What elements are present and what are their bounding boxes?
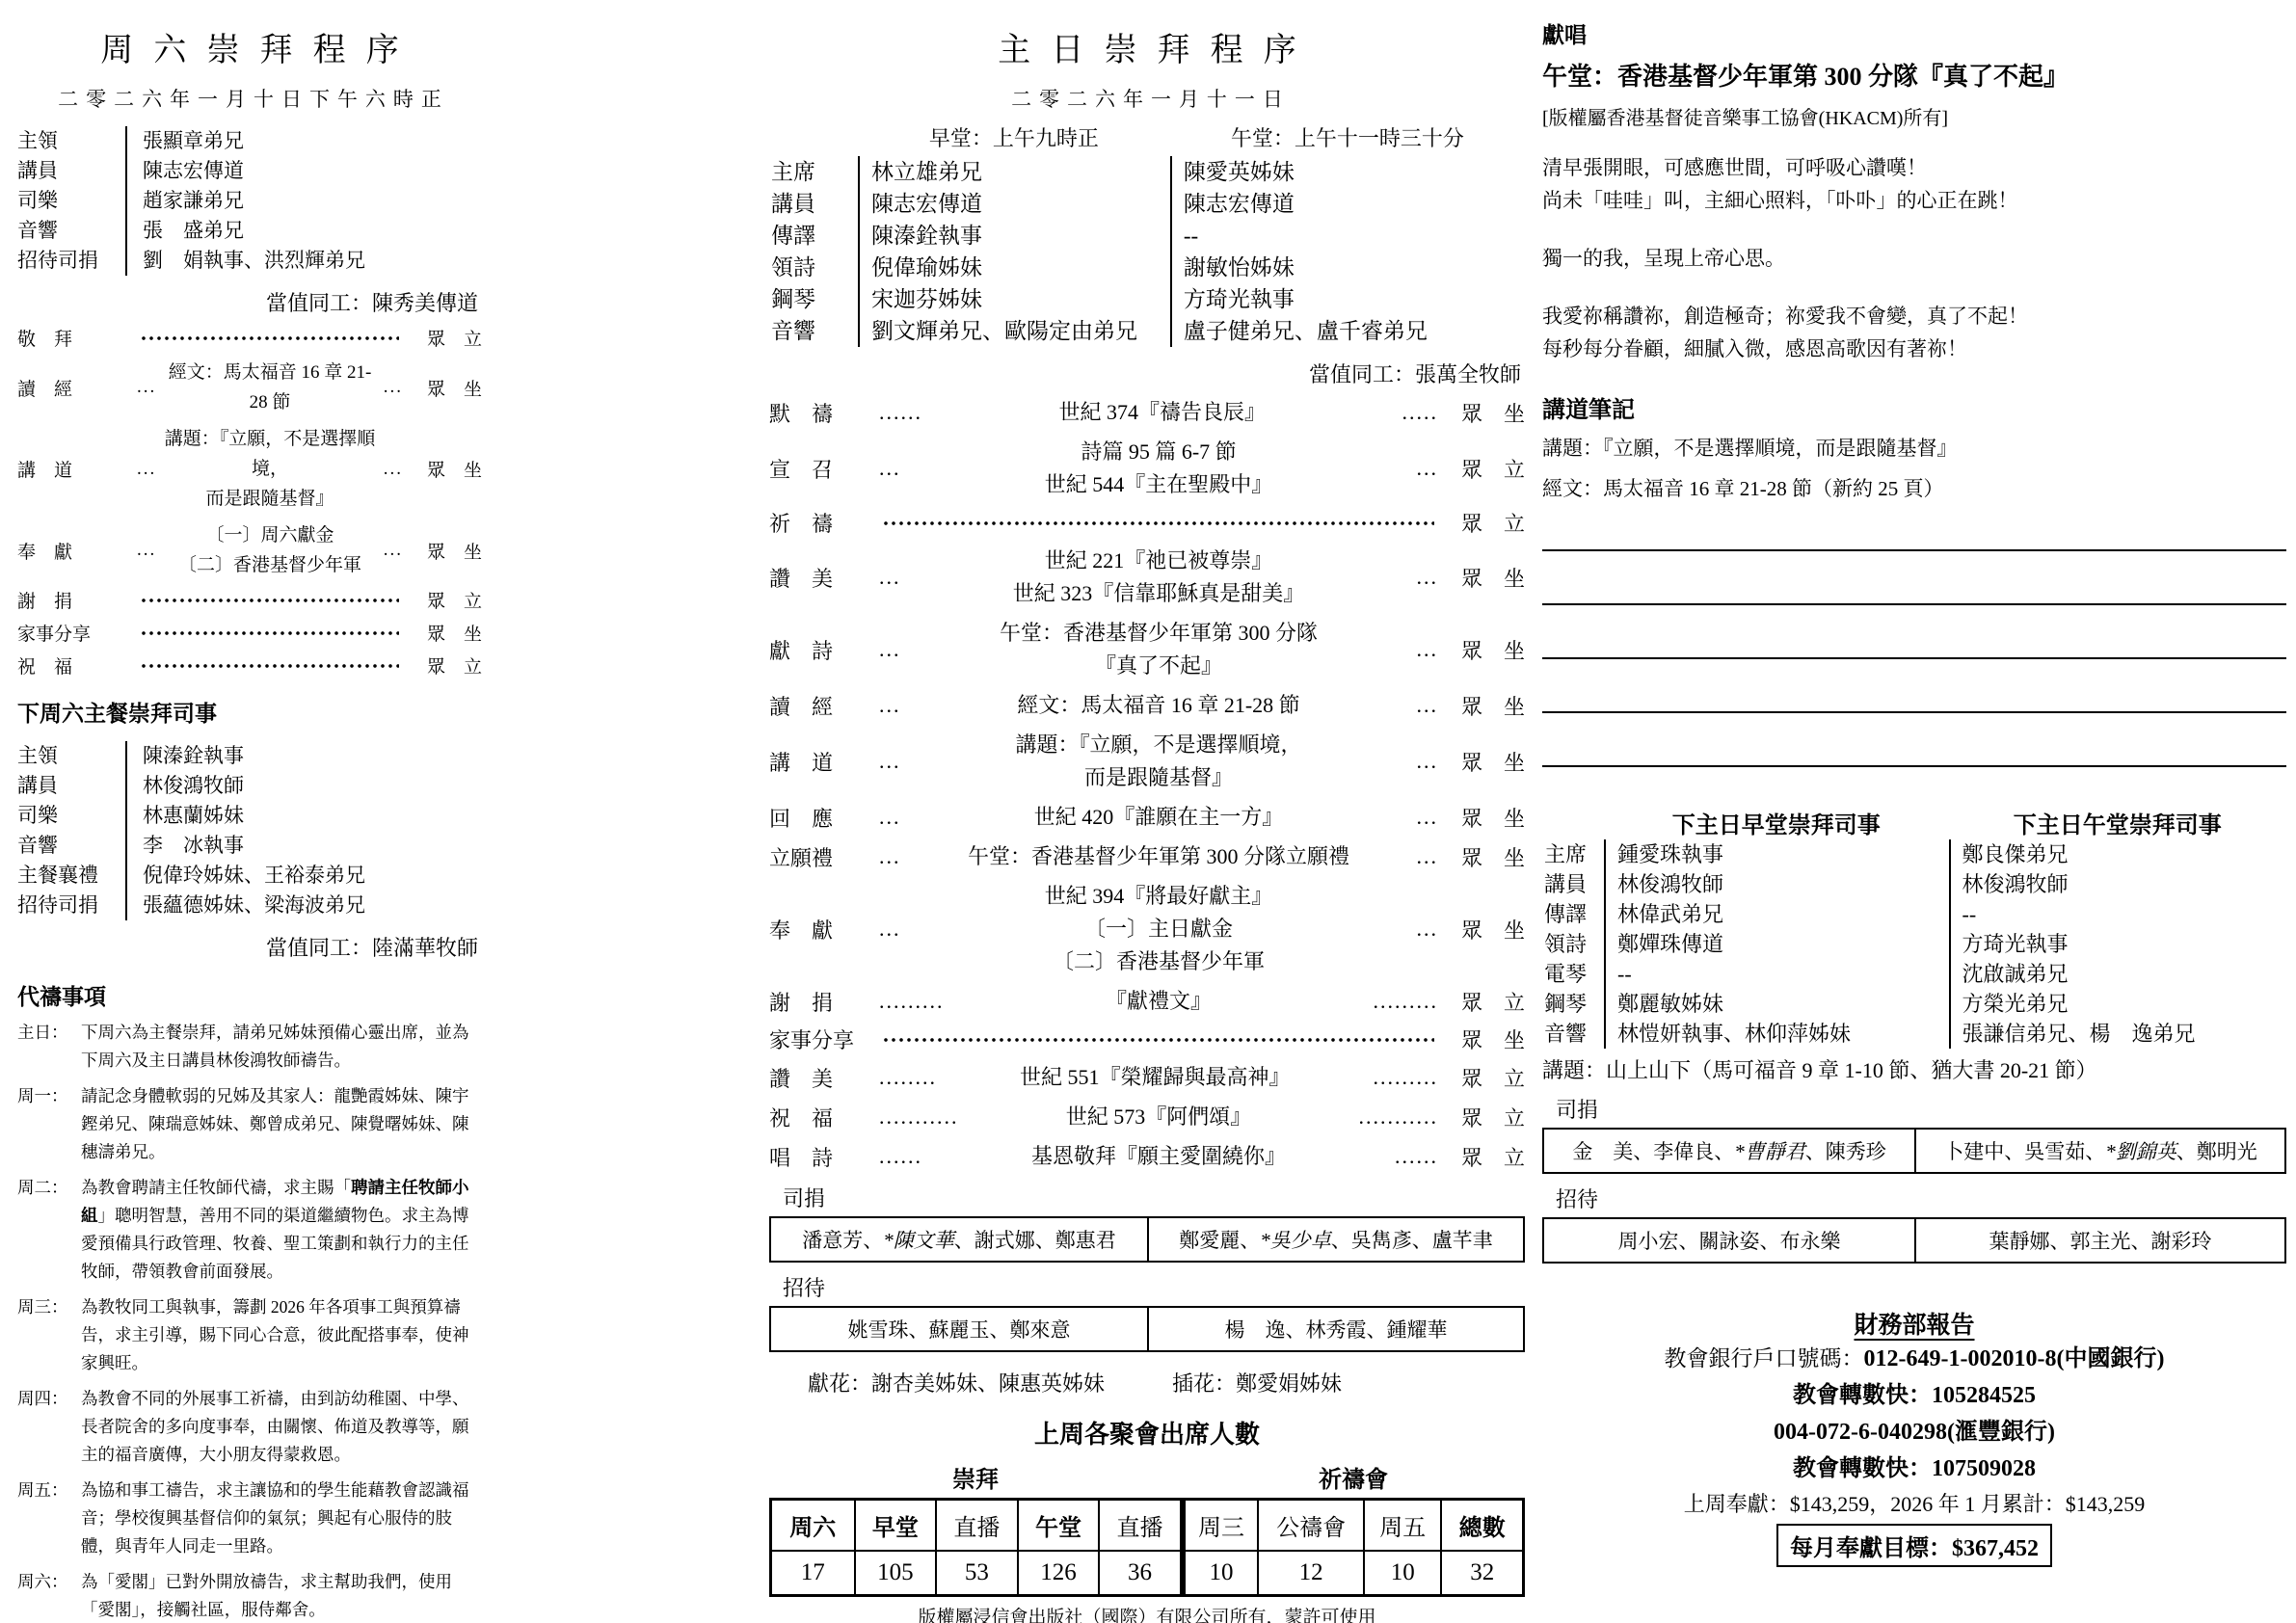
program-item-label: 宣 召 bbox=[769, 454, 873, 484]
program-item-label: 祝 福 bbox=[769, 1103, 873, 1132]
leader-dots: ...... bbox=[879, 1144, 922, 1169]
congregation-posture: 眾 坐 bbox=[1444, 691, 1525, 721]
attendance-value-cell: 12 bbox=[1257, 1550, 1363, 1594]
program-content-line: 世紀 394『將最好獻主』 bbox=[907, 880, 1411, 913]
usher-names-cell: 姚雪珠、蘇麗玉、鄭來意 bbox=[771, 1308, 1147, 1350]
leader-dots: ... bbox=[384, 377, 403, 398]
leader-dots: ........... bbox=[879, 1104, 959, 1130]
attendance-header-cell: 周六 bbox=[772, 1501, 854, 1550]
program-row: 讚 美...世紀 221『祂已被尊崇』世紀 323『信靠耶穌真是甜美』...眾 … bbox=[769, 545, 1525, 610]
program-row: 家事分享眾 坐 bbox=[769, 1024, 1525, 1054]
roster-role-label: 主領 bbox=[17, 126, 125, 156]
saturday-date: 二零二六年一月十日下午六時正 bbox=[17, 84, 482, 113]
roster-person-morning: 林偉武弟兄 bbox=[1604, 899, 1949, 929]
roster-person-morning: -- bbox=[1604, 959, 1949, 989]
roster-person-noon: 張謙信弟兄、楊 逸弟兄 bbox=[1949, 1019, 2287, 1049]
congregation-posture: 眾 立 bbox=[1444, 454, 1525, 484]
roster-row: 講員林俊鴻牧師 bbox=[17, 771, 482, 801]
saturday-roster: 主領張顯章弟兄講員陳志宏傳道司樂趙家謙弟兄音響張 盛弟兄招待司捐劉 娟執事、洪烈… bbox=[17, 126, 482, 276]
lyrics-line: 清早張開眼，可感應世間，可呼吸心讚嘆！ bbox=[1542, 151, 2286, 184]
roster-person-noon: 林俊鴻牧師 bbox=[1949, 869, 2287, 899]
roster-row: 音響張 盛弟兄 bbox=[17, 216, 482, 246]
finance-title: 財務部報告 bbox=[1542, 1306, 2286, 1341]
finance-line: 004-072-6-040298(滙豐銀行) bbox=[1542, 1414, 2286, 1450]
roster-person-noon: 鄭良傑弟兄 bbox=[1949, 839, 2287, 869]
program-item-content: 經文：馬太福音 16 章 21-28 節 bbox=[907, 689, 1411, 722]
program-content-line: 〔二〕香港基督少年軍 bbox=[162, 550, 378, 580]
congregation-posture: 眾 坐 bbox=[409, 538, 482, 564]
lyrics-stanza: 獨一的我，呈現上帝心思。 bbox=[1542, 242, 2286, 275]
prayer-day-label: 周一： bbox=[17, 1082, 81, 1166]
saturday-title: 周六崇拜程序 bbox=[17, 23, 482, 70]
program-item-label: 讚 美 bbox=[769, 1063, 873, 1093]
program-content-line: 〔一〕周六獻金 bbox=[162, 520, 378, 550]
program-item-label: 獻 詩 bbox=[769, 635, 873, 665]
next-sunday-topic: 講題：山上山下（馬可福音 9 章 1-10 節、猶大書 20-21 節） bbox=[1542, 1054, 2286, 1084]
roster-row: 主領張顯章弟兄 bbox=[17, 126, 482, 156]
congregation-posture: 眾 立 bbox=[1444, 508, 1525, 538]
program-item-content: 經文：馬太福音 16 章 21-28 節 bbox=[162, 358, 378, 417]
lyrics-line: 我愛祢稱讚祢，創造極奇；祢愛我不會變，真了不起！ bbox=[1542, 300, 2286, 333]
blank-note-line bbox=[1542, 657, 2286, 659]
congregation-posture: 眾 坐 bbox=[409, 620, 482, 646]
program-row: 祈 禱眾 立 bbox=[769, 508, 1525, 538]
dotted-leader bbox=[141, 330, 399, 347]
attendance-header-cell: 公禱會 bbox=[1257, 1501, 1363, 1550]
usher-names-cell: 楊 逸、林秀霞、鍾耀華 bbox=[1147, 1308, 1523, 1350]
roster-row: 主餐襄禮倪偉玲姊妹、王裕泰弟兄 bbox=[17, 861, 482, 891]
program-item-label: 默 禱 bbox=[769, 398, 873, 428]
next-sunday-roster: 主席鍾愛珠執事鄭良傑弟兄講員林俊鴻牧師林俊鴻牧師傳譯林偉武弟兄--領詩鄭嬋珠傳道… bbox=[1542, 839, 2286, 1049]
next-saturday-duty-staff: 當值同工：陸滿華牧師 bbox=[17, 932, 478, 962]
flower-arrangement: 插花：鄭愛娟姊妹 bbox=[1172, 1368, 1342, 1397]
program-item-label: 敬 拜 bbox=[17, 325, 131, 351]
lyrics-block: 清早張開眼，可感應世間，可呼吸心讚嘆！尚未「哇哇」叫，主細心照料，「卟卟」的心正… bbox=[1542, 151, 2286, 365]
offering-song-rights: [版權屬香港基督徒音樂事工協會(HKACM)所有] bbox=[1542, 102, 2286, 130]
program-row: 祝 福眾 立 bbox=[17, 652, 482, 678]
program-item-label: 家事分享 bbox=[769, 1024, 873, 1054]
attendance-header-cell: 直播 bbox=[935, 1501, 1017, 1550]
roster-person-noon: 陳志宏傳道 bbox=[1170, 188, 1525, 220]
leader-dots: ... bbox=[137, 459, 156, 480]
sunday-duty-staff: 當值同工：張萬全牧師 bbox=[769, 359, 1521, 388]
roster-person-morning: 鄭麗敏姊妹 bbox=[1604, 989, 1949, 1019]
congregation-posture: 眾 坐 bbox=[1444, 563, 1525, 593]
program-item-content: 世紀 374『禱告良辰』 bbox=[928, 396, 1397, 429]
roster-role-label: 招待司捐 bbox=[17, 246, 125, 276]
sunday-date: 二零二六年一月十一日 bbox=[769, 84, 1525, 113]
congregation-posture: 眾 立 bbox=[1444, 1063, 1525, 1093]
prayer-item: 周二：為教會聘請主任牧師代禱，求主賜「聘請主任牧師小組」聰明智慧，善用不同的渠道… bbox=[17, 1174, 482, 1286]
next-sunday-noon-title: 下主日午堂崇拜司事 bbox=[1949, 806, 2287, 839]
leader-dots: ... bbox=[1417, 749, 1439, 774]
sunday-times: 早堂：上午九時正 午堂：上午十一時三十分 bbox=[769, 122, 1525, 152]
leader-dots: ...... bbox=[1395, 1144, 1438, 1169]
dotted-leader bbox=[883, 515, 1434, 532]
attendance-value-cell: 32 bbox=[1440, 1550, 1522, 1594]
attendance-groups: 崇拜 祈禱會 bbox=[769, 1460, 1525, 1494]
prayer-item: 周三：為教牧同工與執事，籌劃 2026 年各項事工與預算禱告，求主引導，賜下同心… bbox=[17, 1293, 482, 1377]
leader-dots: ..... bbox=[1402, 400, 1439, 425]
roster-role-label: 音響 bbox=[769, 315, 858, 347]
program-item-label: 謝 捐 bbox=[17, 587, 131, 613]
next-sunday-offering-ushers-label: 司捐 bbox=[1556, 1094, 2286, 1124]
roster-person: 倪偉玲姊妹、王裕泰弟兄 bbox=[125, 861, 482, 891]
roster-row: 司樂趙家謙弟兄 bbox=[17, 186, 482, 216]
roster-person-noon: 陳愛英姊妹 bbox=[1170, 156, 1525, 188]
dotted-leader bbox=[141, 592, 399, 609]
attendance-header-cell: 直播 bbox=[1098, 1501, 1180, 1550]
attendance-header-cell: 總數 bbox=[1440, 1501, 1522, 1550]
leader-dots: ......... bbox=[1374, 989, 1439, 1014]
roster-role-label: 領詩 bbox=[1542, 929, 1604, 959]
attendance-value-cell: 17 bbox=[772, 1550, 854, 1594]
bulletin-page: 周六崇拜程序 二零二六年一月十日下午六時正 主領張顯章弟兄講員陳志宏傳道司樂趙家… bbox=[0, 0, 2296, 1623]
program-item-content: 講題：『立願，不是選擇順境，而是跟隨基督』 bbox=[162, 424, 378, 514]
congregation-posture: 眾 坐 bbox=[1444, 398, 1525, 428]
program-item-label: 奉 獻 bbox=[17, 538, 131, 564]
program-item-content: 世紀 420『誰願在主一方』 bbox=[907, 801, 1411, 834]
prayer-text: 請記念身體軟弱的兄姊及其家人：龍艷霞姊妹、陳宇鏗弟兄、陳瑞意姊妹、鄭曾成弟兄、陳… bbox=[81, 1082, 482, 1166]
program-item-label: 讀 經 bbox=[769, 691, 873, 721]
program-content-line: 經文：馬太福音 16 章 21-28 節 bbox=[907, 689, 1411, 722]
roster-person-noon: 方琦光執事 bbox=[1949, 929, 2287, 959]
attendance-header-cell: 周三 bbox=[1180, 1501, 1257, 1550]
program-content-line: 詩篇 95 篇 6-7 節 bbox=[907, 436, 1411, 468]
program-content-line: 世紀 374『禱告良辰』 bbox=[928, 396, 1397, 429]
prayer-day-label: 周六： bbox=[17, 1568, 81, 1623]
finance-lines: 教會銀行戶口號碼：012-649-1-002010-8(中國銀行)教會轉數快：1… bbox=[1542, 1341, 2286, 1487]
dotted-leader bbox=[883, 1031, 1434, 1049]
program-content-line: 午堂：香港基督少年軍第 300 分隊立願禮 bbox=[907, 840, 1411, 873]
blank-note-line bbox=[1542, 765, 2286, 767]
lyrics-line: 獨一的我，呈現上帝心思。 bbox=[1542, 242, 2286, 275]
sunday-offering-ushers-label: 司捐 bbox=[783, 1183, 1525, 1212]
next-sunday-offering-ushers-table: 金 美、李偉良、*曹靜君、陳秀珍卜建中、吳雪茹、*劉錦英、鄭明光 bbox=[1542, 1128, 2286, 1174]
roster-role-label: 鋼琴 bbox=[769, 283, 858, 315]
program-content-line: 基恩敬拜『願主愛圍繞你』 bbox=[928, 1140, 1389, 1173]
roster-person: 張 盛弟兄 bbox=[125, 216, 482, 246]
congregation-posture: 眾 坐 bbox=[1444, 842, 1525, 872]
sermon-topic: 講題：『立願，不是選擇順境，而是跟隨基督』 bbox=[1542, 432, 2286, 465]
program-content-line: 世紀 323『信靠耶穌真是甜美』 bbox=[907, 577, 1411, 610]
program-row: 講 道...講題：『立願，不是選擇順境，而是跟隨基督』...眾 坐 bbox=[769, 729, 1525, 794]
program-row: 奉 獻...世紀 394『將最好獻主』〔一〕主日獻金〔二〕香港基督少年軍...眾… bbox=[769, 880, 1525, 978]
prayer-item: 周五：為協和事工禱告，求主讓協和的學生能藉教會認識福音；學校復興基督信仰的氣氛；… bbox=[17, 1477, 482, 1560]
roster-role-label: 傳譯 bbox=[1542, 899, 1604, 929]
blank-note-line bbox=[1542, 549, 2286, 551]
sunday-program: 默 禱......世紀 374『禱告良辰』.....眾 坐宣 召...詩篇 95… bbox=[769, 396, 1525, 1173]
roster-role-label: 傳譯 bbox=[769, 220, 858, 252]
attendance-group-prayer: 祈禱會 bbox=[1182, 1460, 1525, 1494]
roster-person: 劉 娟執事、洪烈輝弟兄 bbox=[125, 246, 482, 276]
congregation-posture: 眾 坐 bbox=[409, 456, 482, 482]
sunday-offering-ushers-table: 潘意芳、*陳文華、謝式娜、鄭惠君鄭愛麗、*吳少卓、吳雋彥、盧芊聿 bbox=[769, 1216, 1525, 1263]
roster-role-label: 講員 bbox=[1542, 869, 1604, 899]
saturday-program: 敬 拜眾 立讀 經...經文：馬太福音 16 章 21-28 節...眾 坐講 … bbox=[17, 325, 482, 678]
sunday-greeters-label: 招待 bbox=[783, 1272, 1525, 1302]
leader-dots: ......... bbox=[1374, 1065, 1439, 1090]
leader-dots: ... bbox=[137, 540, 156, 561]
program-content-line: 世紀 573『阿們頌』 bbox=[965, 1101, 1353, 1133]
leader-dots: ... bbox=[879, 693, 901, 718]
congregation-posture: 眾 立 bbox=[1444, 987, 1525, 1017]
finance-line: 教會轉數快：105284525 bbox=[1542, 1377, 2286, 1414]
leader-dots: ... bbox=[879, 805, 901, 830]
congregation-posture: 眾 坐 bbox=[1444, 915, 1525, 945]
attendance-header-cell: 早堂 bbox=[854, 1501, 936, 1550]
roster-role-label: 領詩 bbox=[769, 252, 858, 283]
sermon-scripture: 經文：馬太福音 16 章 21-28 節（新約 25 頁） bbox=[1542, 472, 2286, 505]
prayer-text: 為「愛閣」已對外開放禱告，求主幫助我們，使用「愛閣」，接觸社區，服侍鄰舍。 bbox=[81, 1568, 482, 1623]
roster-person-morning: 劉文輝弟兄、歐陽定由弟兄 bbox=[858, 315, 1170, 347]
program-content-line: 世紀 551『榮耀歸與最高神』 bbox=[943, 1061, 1368, 1094]
congregation-posture: 眾 立 bbox=[409, 587, 482, 613]
usher-names-cell: 鄭愛麗、*吳少卓、吳雋彥、盧芊聿 bbox=[1147, 1218, 1523, 1261]
program-content-line: 經文：馬太福音 16 章 21-28 節 bbox=[162, 358, 378, 417]
roster-role-label: 電琴 bbox=[1542, 959, 1604, 989]
prayer-list: 主日：下周六為主餐崇拜，請弟兄姊妹預備心靈出席，並為下周六及主日講員林俊鴻牧師禱… bbox=[17, 1019, 482, 1623]
roster-person: 張蘊德姊妹、梁海波弟兄 bbox=[125, 891, 482, 920]
lyrics-line: 尚未「哇哇」叫，主細心照料，「卟卟」的心正在跳！ bbox=[1542, 184, 2286, 217]
program-row: 講 道...講題：『立願，不是選擇順境，而是跟隨基督』...眾 坐 bbox=[17, 424, 482, 514]
flowers-line: 獻花：謝杏美姊妹、陳惠英姊妹 插花：鄭愛娟姊妹 bbox=[808, 1368, 1525, 1397]
roster-person: 林俊鴻牧師 bbox=[125, 771, 482, 801]
prayer-text: 為教會不同的外展事工祈禱，由到訪幼稚園、中學、長者院舍的多向度事奉，由關懷、佈道… bbox=[81, 1385, 482, 1469]
offering-song-title: 獻唱 bbox=[1542, 17, 2286, 49]
roster-role-label: 主領 bbox=[17, 741, 125, 771]
program-content-line: 〔二〕香港基督少年軍 bbox=[907, 945, 1411, 978]
roster-role-label: 音響 bbox=[1542, 1019, 1604, 1049]
program-item-label: 祝 福 bbox=[17, 652, 131, 678]
dotted-leader bbox=[141, 625, 399, 642]
leader-dots: ... bbox=[879, 565, 901, 590]
attendance-value-cell: 10 bbox=[1180, 1550, 1257, 1594]
saturday-duty-staff: 當值同工：陳秀美傳道 bbox=[17, 287, 478, 317]
program-row: 獻 詩...午堂：香港基督少年軍第 300 分隊『真了不起』...眾 坐 bbox=[769, 617, 1525, 682]
program-item-content: 世紀 551『榮耀歸與最高神』 bbox=[943, 1061, 1368, 1094]
prayer-text: 為教會聘請主任牧師代禱，求主賜「聘請主任牧師小組」聰明智慧，善用不同的渠道繼續物… bbox=[81, 1174, 482, 1286]
leader-dots: ... bbox=[879, 749, 901, 774]
roster-role-label: 音響 bbox=[17, 831, 125, 861]
program-row: 立願禮...午堂：香港基督少年軍第 300 分隊立願禮...眾 坐 bbox=[769, 840, 1525, 873]
blank-note-line bbox=[1542, 603, 2286, 605]
program-item-label: 講 道 bbox=[17, 456, 131, 482]
program-content-line: 『真了不起』 bbox=[907, 650, 1411, 682]
roster-person-morning: 宋迦芬姊妹 bbox=[858, 283, 1170, 315]
next-sunday-morning-title: 下主日早堂崇拜司事 bbox=[1604, 806, 1949, 839]
prayer-day-label: 周二： bbox=[17, 1174, 81, 1286]
roster-row: 音響李 冰執事 bbox=[17, 831, 482, 861]
program-item-label: 奉 獻 bbox=[769, 915, 873, 945]
program-item-label: 唱 詩 bbox=[769, 1142, 873, 1172]
prayer-text: 為教牧同工與執事，籌劃 2026 年各項事工與預算禱告，求主引導，賜下同心合意，… bbox=[81, 1293, 482, 1377]
roster-person: 陳志宏傳道 bbox=[125, 156, 482, 186]
program-content-line: 午堂：香港基督少年軍第 300 分隊 bbox=[907, 617, 1411, 650]
roster-person-morning: 林俊鴻牧師 bbox=[1604, 869, 1949, 899]
sunday-roster: 主席林立雄弟兄陳愛英姊妹講員陳志宏傳道陳志宏傳道傳譯陳溱銓執事--領詩倪偉瑜姊妹… bbox=[769, 156, 1525, 347]
attendance-header-cell: 周五 bbox=[1363, 1501, 1440, 1550]
program-row: 唱 詩......基恩敬拜『願主愛圍繞你』......眾 立 bbox=[769, 1140, 1525, 1173]
program-row: 宣 召...詩篇 95 篇 6-7 節世紀 544『主在聖殿中』...眾 立 bbox=[769, 436, 1525, 501]
right-section: 獻唱 午堂：香港基督少年軍第 300 分隊『真了不起』 [版權屬香港基督徒音樂事… bbox=[1542, 0, 2286, 1567]
roster-row: 招待司捐劉 娟執事、洪烈輝弟兄 bbox=[17, 246, 482, 276]
leader-dots: ... bbox=[1417, 693, 1439, 718]
program-content-line: 世紀 544『主在聖殿中』 bbox=[907, 468, 1411, 501]
program-row: 祝 福...........世紀 573『阿們頌』...........眾 立 bbox=[769, 1101, 1525, 1133]
flower-offering: 獻花：謝杏美姊妹、陳惠英姊妹 bbox=[808, 1368, 1105, 1397]
attendance-value-cell: 105 bbox=[854, 1550, 936, 1594]
roster-role-label: 主席 bbox=[1542, 839, 1604, 869]
finance-line: 教會轉數快：107509028 bbox=[1542, 1450, 2286, 1487]
program-content-line: 『獻禮文』 bbox=[950, 985, 1368, 1018]
attendance-title: 上周各聚會出席人數 bbox=[769, 1415, 1525, 1450]
program-row: 讚 美........世紀 551『榮耀歸與最高神』.........眾 立 bbox=[769, 1061, 1525, 1094]
congregation-posture: 眾 立 bbox=[409, 325, 482, 351]
program-row: 謝 捐.........『獻禮文』.........眾 立 bbox=[769, 985, 1525, 1018]
usher-names-cell: 葉靜娜、郭主光、謝彩玲 bbox=[1914, 1219, 2284, 1262]
next-sunday-headers: 下主日早堂崇拜司事 下主日午堂崇拜司事 bbox=[1542, 806, 2286, 839]
offering-song-subtitle: 午堂：香港基督少年軍第 300 分隊『真了不起』 bbox=[1542, 57, 2286, 93]
leader-dots: ... bbox=[1417, 917, 1439, 942]
program-item-label: 謝 捐 bbox=[769, 987, 873, 1017]
leader-dots: ........ bbox=[879, 1065, 937, 1090]
program-content-line: 〔一〕主日獻金 bbox=[907, 913, 1411, 945]
prayer-day-label: 周四： bbox=[17, 1385, 81, 1469]
program-row: 默 禱......世紀 374『禱告良辰』.....眾 坐 bbox=[769, 396, 1525, 429]
leader-dots: ... bbox=[1417, 456, 1439, 481]
sunday-title: 主日崇拜程序 bbox=[769, 23, 1525, 70]
program-content-line: 講題：『立願，不是選擇順境， bbox=[907, 729, 1411, 761]
next-saturday-roster: 主領陳溱銓執事講員林俊鴻牧師司樂林惠蘭姊妹音響李 冰執事主餐襄禮倪偉玲姊妹、王裕… bbox=[17, 741, 482, 920]
leader-dots: ... bbox=[1417, 805, 1439, 830]
roster-person-noon: -- bbox=[1949, 899, 2287, 929]
roster-role-label: 講員 bbox=[769, 188, 858, 220]
roster-person-noon: -- bbox=[1170, 220, 1525, 252]
attendance-value-cell: 10 bbox=[1363, 1550, 1440, 1594]
program-item-content: 講題：『立願，不是選擇順境，而是跟隨基督』 bbox=[907, 729, 1411, 794]
prayer-text: 下周六為主餐崇拜，請弟兄姊妹預備心靈出席，並為下周六及主日講員林俊鴻牧師禱告。 bbox=[81, 1019, 482, 1075]
program-content-line: 世紀 221『祂已被尊崇』 bbox=[907, 545, 1411, 577]
prayer-day-label: 周三： bbox=[17, 1293, 81, 1377]
roster-role-label: 講員 bbox=[17, 771, 125, 801]
next-saturday-title: 下周六主餐崇拜司事 bbox=[17, 696, 482, 728]
roster-person-morning: 鄭嬋珠傳道 bbox=[1604, 929, 1949, 959]
prayer-item: 周四：為教會不同的外展事工祈禱，由到訪幼稚園、中學、長者院舍的多向度事奉，由關懷… bbox=[17, 1385, 482, 1469]
dotted-leader bbox=[141, 657, 399, 675]
roster-role-label: 主餐襄禮 bbox=[17, 861, 125, 891]
roster-person-morning: 林愷妍執事、林仰萍姊妹 bbox=[1604, 1019, 1949, 1049]
roster-person: 趙家謙弟兄 bbox=[125, 186, 482, 216]
attendance-group-worship: 崇拜 bbox=[769, 1460, 1182, 1494]
prayer-item: 主日：下周六為主餐崇拜，請弟兄姊妹預備心靈出席，並為下周六及主日講員林俊鴻牧師禱… bbox=[17, 1019, 482, 1075]
program-item-content: 詩篇 95 篇 6-7 節世紀 544『主在聖殿中』 bbox=[907, 436, 1411, 501]
congregation-posture: 眾 坐 bbox=[1444, 1024, 1525, 1054]
leader-dots: ... bbox=[879, 917, 901, 942]
lyrics-line: 每秒每分眷顧，細膩入微，感恩高歌因有著祢！ bbox=[1542, 333, 2286, 365]
roster-person-noon: 沈啟誠弟兄 bbox=[1949, 959, 2287, 989]
program-item-label: 回 應 bbox=[769, 803, 873, 833]
usher-names-cell: 周小宏、關詠姿、布永樂 bbox=[1544, 1219, 1914, 1262]
leader-dots: ... bbox=[879, 456, 901, 481]
roster-person-noon: 謝敏怡姊妹 bbox=[1170, 252, 1525, 283]
program-row: 讀 經...經文：馬太福音 16 章 21-28 節...眾 坐 bbox=[17, 358, 482, 417]
next-sunday-greeters-table: 周小宏、關詠姿、布永樂葉靜娜、郭主光、謝彩玲 bbox=[1542, 1217, 2286, 1264]
roster-row: 司樂林惠蘭姊妹 bbox=[17, 801, 482, 831]
leader-dots: ...... bbox=[879, 400, 922, 425]
next-sunday-greeters-label: 招待 bbox=[1556, 1184, 2286, 1213]
sermon-note-lines bbox=[1542, 549, 2286, 767]
finance-monthly-target: 每月奉獻目標：$367,452 bbox=[1776, 1524, 2052, 1567]
usher-names-cell: 金 美、李偉良、*曹靜君、陳秀珍 bbox=[1544, 1130, 1914, 1172]
roster-role-label: 音響 bbox=[17, 216, 125, 246]
roster-person: 林惠蘭姊妹 bbox=[125, 801, 482, 831]
leader-dots: ... bbox=[384, 459, 403, 480]
roster-person-noon: 方琦光執事 bbox=[1170, 283, 1525, 315]
program-content-line: 講題：『立願，不是選擇順境， bbox=[162, 424, 378, 484]
attendance-value-cell: 126 bbox=[1017, 1550, 1099, 1594]
program-row: 回 應...世紀 420『誰願在主一方』...眾 坐 bbox=[769, 801, 1525, 834]
program-row: 讀 經...經文：馬太福音 16 章 21-28 節...眾 坐 bbox=[769, 689, 1525, 722]
roster-person-noon: 盧子健弟兄、盧千睿弟兄 bbox=[1170, 315, 1525, 347]
roster-row: 講員陳志宏傳道 bbox=[17, 156, 482, 186]
congregation-posture: 眾 坐 bbox=[1444, 803, 1525, 833]
prayer-text: 為協和事工禱告，求主讓協和的學生能藉教會認識福音；學校復興基督信仰的氣氛；興起有… bbox=[81, 1477, 482, 1560]
prayer-item: 周六：為「愛閣」已對外開放禱告，求主幫助我們，使用「愛閣」，接觸社區，服侍鄰舍。 bbox=[17, 1568, 482, 1623]
program-item-label: 立願禮 bbox=[769, 842, 873, 872]
attendance-value-cell: 36 bbox=[1098, 1550, 1180, 1594]
leader-dots: ........... bbox=[1359, 1104, 1439, 1130]
sunday-greeters-table: 姚雪珠、蘇麗玉、鄭來意楊 逸、林秀霞、鍾耀華 bbox=[769, 1306, 1525, 1352]
leader-dots: ... bbox=[879, 844, 901, 869]
prayer-day-label: 主日： bbox=[17, 1019, 81, 1075]
congregation-posture: 眾 立 bbox=[1444, 1142, 1525, 1172]
leader-dots: ......... bbox=[879, 989, 945, 1014]
program-item-content: 世紀 221『祂已被尊崇』世紀 323『信靠耶穌真是甜美』 bbox=[907, 545, 1411, 610]
program-item-content: 午堂：香港基督少年軍第 300 分隊『真了不起』 bbox=[907, 617, 1411, 682]
program-row: 敬 拜眾 立 bbox=[17, 325, 482, 351]
roster-role-label: 司樂 bbox=[17, 186, 125, 216]
program-item-label: 讚 美 bbox=[769, 563, 873, 593]
roster-role-label: 司樂 bbox=[17, 801, 125, 831]
prayer-day-label: 周五： bbox=[17, 1477, 81, 1560]
roster-row: 主領陳溱銓執事 bbox=[17, 741, 482, 771]
roster-role-label: 主席 bbox=[769, 156, 858, 188]
program-row: 奉 獻...〔一〕周六獻金〔二〕香港基督少年軍...眾 坐 bbox=[17, 520, 482, 580]
hymnal-copyright: 版權屬浸信會出版社（國際）有限公司所有，蒙許可使用 bbox=[769, 1603, 1525, 1623]
noon-time: 午堂：上午十一時三十分 bbox=[1170, 122, 1525, 152]
saturday-section: 周六崇拜程序 二零二六年一月十日下午六時正 主領張顯章弟兄講員陳志宏傳道司樂趙家… bbox=[17, 0, 482, 1623]
lyrics-stanza: 清早張開眼，可感應世間，可呼吸心讚嘆！尚未「哇哇」叫，主細心照料，「卟卟」的心正… bbox=[1542, 151, 2286, 217]
leader-dots: ... bbox=[384, 540, 403, 561]
roster-person: 李 冰執事 bbox=[125, 831, 482, 861]
attendance-header-cell: 午堂 bbox=[1017, 1501, 1099, 1550]
program-item-label: 家事分享 bbox=[17, 620, 131, 646]
blank-note-line bbox=[1542, 711, 2286, 713]
program-row: 謝 捐眾 立 bbox=[17, 587, 482, 613]
roster-person-morning: 倪偉瑜姊妹 bbox=[858, 252, 1170, 283]
finance-report: 財務部報告 教會銀行戶口號碼：012-649-1-002010-8(中國銀行)教… bbox=[1542, 1306, 2286, 1567]
program-item-label: 祈 禱 bbox=[769, 508, 873, 538]
leader-dots: ... bbox=[1417, 844, 1439, 869]
program-item-content: 世紀 394『將最好獻主』〔一〕主日獻金〔二〕香港基督少年軍 bbox=[907, 880, 1411, 978]
sermon-notes-title: 講道筆記 bbox=[1542, 390, 2286, 424]
roster-role-label: 鋼琴 bbox=[1542, 989, 1604, 1019]
leader-dots: ... bbox=[137, 377, 156, 398]
program-content-line: 而是跟隨基督』 bbox=[162, 484, 378, 514]
roster-person-morning: 陳溱銓執事 bbox=[858, 220, 1170, 252]
roster-person: 張顯章弟兄 bbox=[125, 126, 482, 156]
